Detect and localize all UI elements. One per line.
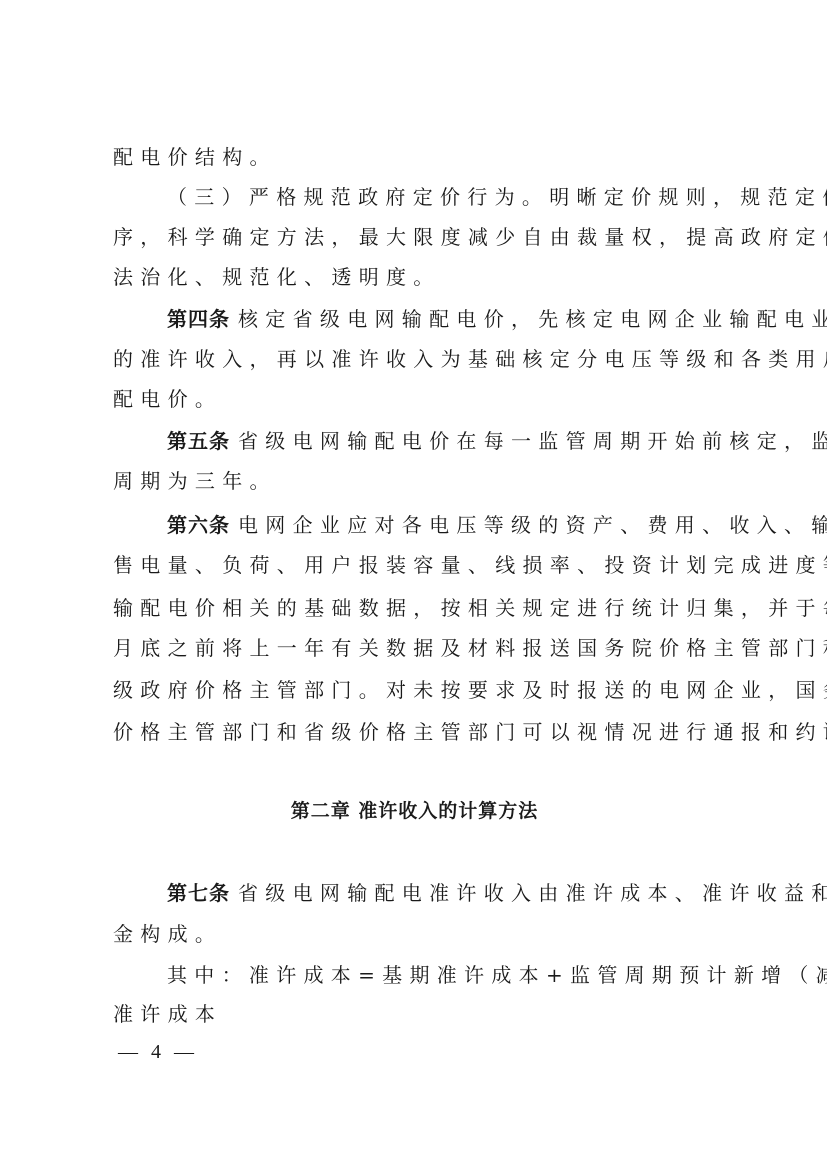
paragraph-line: 法治化、规范化、透明度。: [113, 257, 441, 297]
article-7: 第七条省级电网输配电准许收入由准许成本、准许收益和税: [167, 873, 827, 913]
article-4: 第四条核定省级电网输配电价，先核定电网企业输配电业务: [167, 299, 827, 339]
article-label: 第六条: [167, 513, 230, 537]
paragraph-line: 价格主管部门和省级价格主管部门可以视情况进行通报和约谈。: [113, 712, 827, 752]
paragraph-line: 准许成本: [113, 994, 222, 1034]
article-label: 第五条: [167, 429, 230, 453]
paragraph-line: 金构成。: [113, 914, 222, 954]
paragraph-line: 周期为三年。: [113, 461, 277, 501]
article-5: 第五条省级电网输配电价在每一监管周期开始前核定，监管: [167, 421, 827, 461]
paragraph-line: 售电量、负荷、用户报装容量、线损率、投资计划完成进度等与: [113, 545, 827, 585]
paragraph-line: 月底之前将上一年有关数据及材料报送国务院价格主管部门和省: [113, 628, 827, 668]
article-label: 第七条: [167, 881, 230, 905]
paragraph-line: 配电价结构。: [113, 137, 277, 177]
paragraph-line: （三）严格规范政府定价行为。明晰定价规则，规范定价程: [167, 177, 827, 217]
page-number: — 4 —: [118, 1037, 198, 1067]
paragraph-line: 其中：准许成本=基期准许成本+监管周期预计新增（减少）: [167, 955, 827, 995]
paragraph-line: 配电价。: [113, 379, 222, 419]
chapter-heading: 第二章 准许收入的计算方法: [113, 791, 716, 831]
article-label: 第四条: [167, 307, 230, 331]
paragraph-line: 级政府价格主管部门。对未按要求及时报送的电网企业，国务院: [113, 670, 827, 710]
paragraph-line: 输配电价相关的基础数据，按相关规定进行统计归集，并于每年 5: [113, 588, 827, 628]
paragraph-line: 序，科学确定方法，最大限度减少自由裁量权，提高政府定价的: [113, 217, 827, 257]
paragraph-line: 的准许收入，再以准许收入为基础核定分电压等级和各类用户输: [113, 339, 827, 379]
article-6: 第六条电网企业应对各电压等级的资产、费用、收入、输配: [167, 505, 827, 545]
